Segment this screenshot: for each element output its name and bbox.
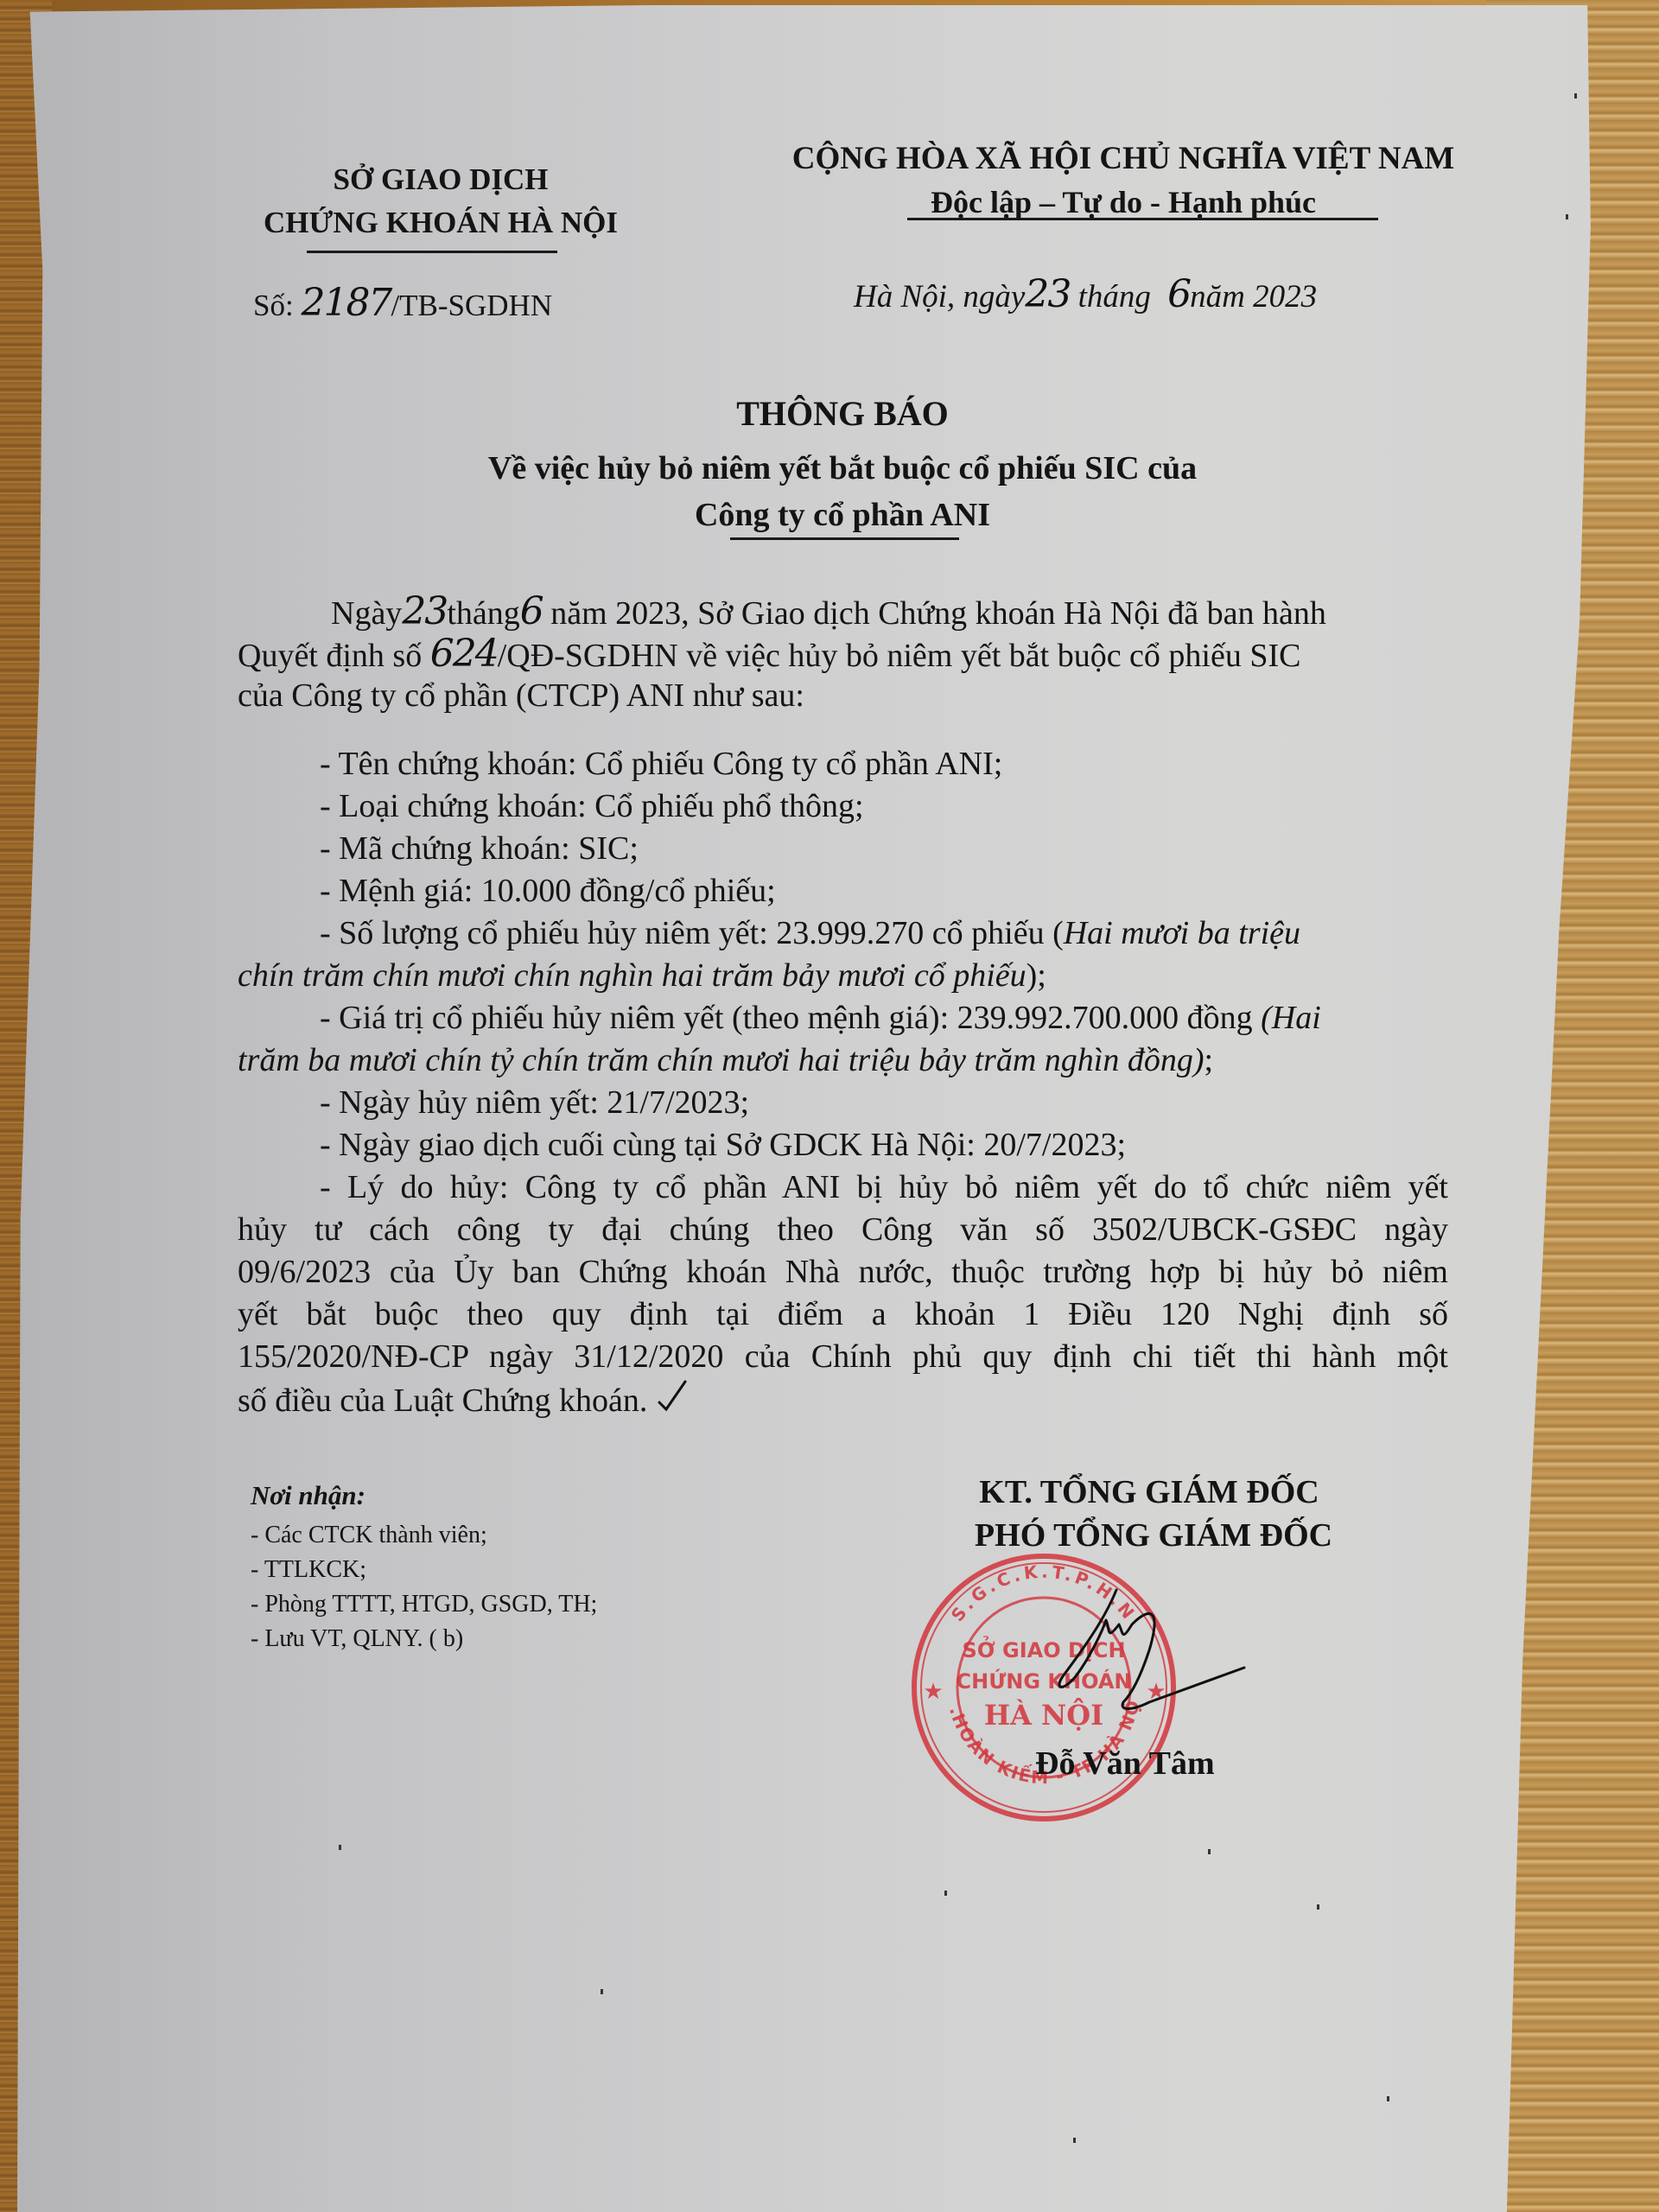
- handwritten-signature-icon: [1037, 1581, 1279, 1728]
- intro-text: /QĐ-SGDHN về việc hủy bỏ niêm yết bắt bu…: [498, 638, 1301, 674]
- value-words: (Hai: [1261, 1000, 1321, 1036]
- intro-line1: Ngày23tháng6 năm 2023, Sở Giao dịch Chứn…: [331, 590, 1326, 635]
- issue-date-prefix: Hà Nội, ngày: [854, 279, 1025, 315]
- intro-line3: của Công ty cổ phần (CTCP) ANI như sau:: [238, 675, 804, 717]
- item-last-trading-date: - Ngày giao dịch cuối cùng tại Sở GDCK H…: [320, 1124, 1126, 1166]
- item-reason-line4: yết bắt buộc theo quy định tại điểm a kh…: [238, 1294, 1448, 1336]
- issue-date-month: 6: [1167, 272, 1190, 316]
- intro-text: tháng: [447, 595, 519, 632]
- doc-number-suffix: /TB-SGDHN: [391, 289, 552, 322]
- item-delisting-date: - Ngày hủy niêm yết: 21/7/2023;: [320, 1082, 749, 1124]
- value-text: ;: [1204, 1042, 1213, 1078]
- paper-speck: [1574, 93, 1577, 99]
- checkmark-icon: [656, 1378, 690, 1416]
- quantity-words: Hai mươi ba triệu: [1064, 915, 1300, 951]
- paper-speck: [1566, 214, 1568, 219]
- intro-line2: Quyết định số 624/QĐ-SGDHN về việc hủy b…: [238, 632, 1300, 677]
- motto-underline: [907, 218, 1378, 220]
- issue-date-day: 23: [1025, 272, 1070, 316]
- item-reason-line1: - Lý do hủy: Công ty cổ phần ANI bị hủy …: [320, 1166, 1448, 1209]
- intro-text: Ngày: [331, 595, 402, 632]
- paper-speck: [944, 1891, 947, 1896]
- issue-date: Hà Nội, ngày23 tháng 6năm 2023: [854, 272, 1317, 316]
- paper-speck: [1073, 2138, 1076, 2143]
- item-quantity-line2: chín trăm chín mươi chín nghìn hai trăm …: [238, 955, 1046, 997]
- recipient-item: - Lưu VT, QLNY. ( b): [251, 1623, 463, 1655]
- signature-title-line1: KT. TỔNG GIÁM ĐỐC: [933, 1471, 1365, 1513]
- item-reason-line5: 155/2020/NĐ-CP ngày 31/12/2020 của Chính…: [238, 1336, 1448, 1378]
- notice-subtitle-line1: Về việc hủy bỏ niêm yết bắt buộc cổ phiế…: [216, 449, 1469, 487]
- document: SỞ GIAO DỊCH CHỨNG KHOÁN HÀ NỘI Số: 2187…: [0, 0, 1659, 2212]
- paper-speck: [1208, 1849, 1211, 1854]
- paper-speck: [601, 1989, 603, 1994]
- org-name-line2: CHỨNG KHOÁN HÀ NỘI: [246, 200, 635, 245]
- recipients-label: Nơi nhận:: [251, 1479, 365, 1511]
- recipient-item: - TTLKCK;: [251, 1554, 366, 1586]
- subtitle-underline: [730, 537, 959, 540]
- issue-date-year: năm 2023: [1190, 279, 1317, 315]
- org-underline: [307, 251, 557, 253]
- signatory-name: Đỗ Văn Tâm: [1035, 1743, 1215, 1784]
- notice-subtitle-line2: Công ty cổ phần ANI: [216, 496, 1469, 534]
- org-name-line1: SỞ GIAO DỊCH: [246, 157, 635, 202]
- item-value-line2: trăm ba mươi chín tỷ chín trăm chín mươi…: [238, 1039, 1213, 1082]
- item-security-code: - Mã chứng khoán: SIC;: [320, 828, 639, 870]
- quantity-text: );: [1027, 957, 1046, 994]
- item-quantity-line1: - Số lượng cổ phiếu hủy niêm yết: 23.999…: [320, 912, 1300, 955]
- svg-text:★: ★: [923, 1679, 943, 1704]
- intro-day-handwritten: 23: [402, 589, 447, 633]
- recipient-item: - Các CTCK thành viên;: [251, 1519, 487, 1551]
- doc-number-prefix: Số:: [253, 289, 294, 322]
- paper-speck: [339, 1845, 341, 1850]
- recipient-item: - Phòng TTTT, HTGD, GSGD, TH;: [251, 1588, 597, 1620]
- doc-number-handwritten: 2187: [301, 281, 391, 325]
- value-words: trăm ba mươi chín tỷ chín trăm chín mươi…: [238, 1042, 1204, 1078]
- item-reason-line2: hủy tư cách công ty đại chúng theo Công …: [238, 1209, 1448, 1251]
- item-security-type: - Loại chứng khoán: Cổ phiếu phổ thông;: [320, 785, 864, 828]
- doc-number: Số: 2187/TB-SGDHN: [253, 281, 552, 325]
- item-par-value: - Mệnh giá: 10.000 đồng/cổ phiếu;: [320, 870, 776, 912]
- quantity-text: - Số lượng cổ phiếu hủy niêm yết: 23.999…: [320, 915, 1064, 951]
- national-title: CỘNG HÒA XÃ HỘI CHỦ NGHĨA VIỆT NAM: [773, 137, 1473, 181]
- intro-month-handwritten: 6: [520, 589, 543, 633]
- issue-date-month-label: tháng: [1078, 279, 1151, 315]
- value-text: - Giá trị cổ phiếu hủy niêm yết (theo mệ…: [320, 1000, 1261, 1036]
- reason-text: số điều của Luật Chứng khoán.: [238, 1382, 647, 1419]
- item-reason-line3: 09/6/2023 của Ủy ban Chứng khoán Nhà nướ…: [238, 1251, 1448, 1294]
- decision-number-handwritten: 624: [430, 632, 498, 676]
- intro-text: Quyết định số: [238, 638, 422, 674]
- item-reason-line6: số điều của Luật Chứng khoán.: [238, 1378, 690, 1422]
- paper-speck: [1317, 1904, 1319, 1910]
- item-security-name: - Tên chứng khoán: Cổ phiếu Công ty cổ p…: [320, 743, 1002, 785]
- item-value-line1: - Giá trị cổ phiếu hủy niêm yết (theo mệ…: [320, 997, 1321, 1039]
- quantity-words: chín trăm chín mươi chín nghìn hai trăm …: [238, 957, 1027, 994]
- paper-speck: [1387, 2096, 1389, 2101]
- intro-text: năm 2023, Sở Giao dịch Chứng khoán Hà Nộ…: [550, 595, 1326, 632]
- notice-title: THÔNG BÁO: [216, 393, 1469, 434]
